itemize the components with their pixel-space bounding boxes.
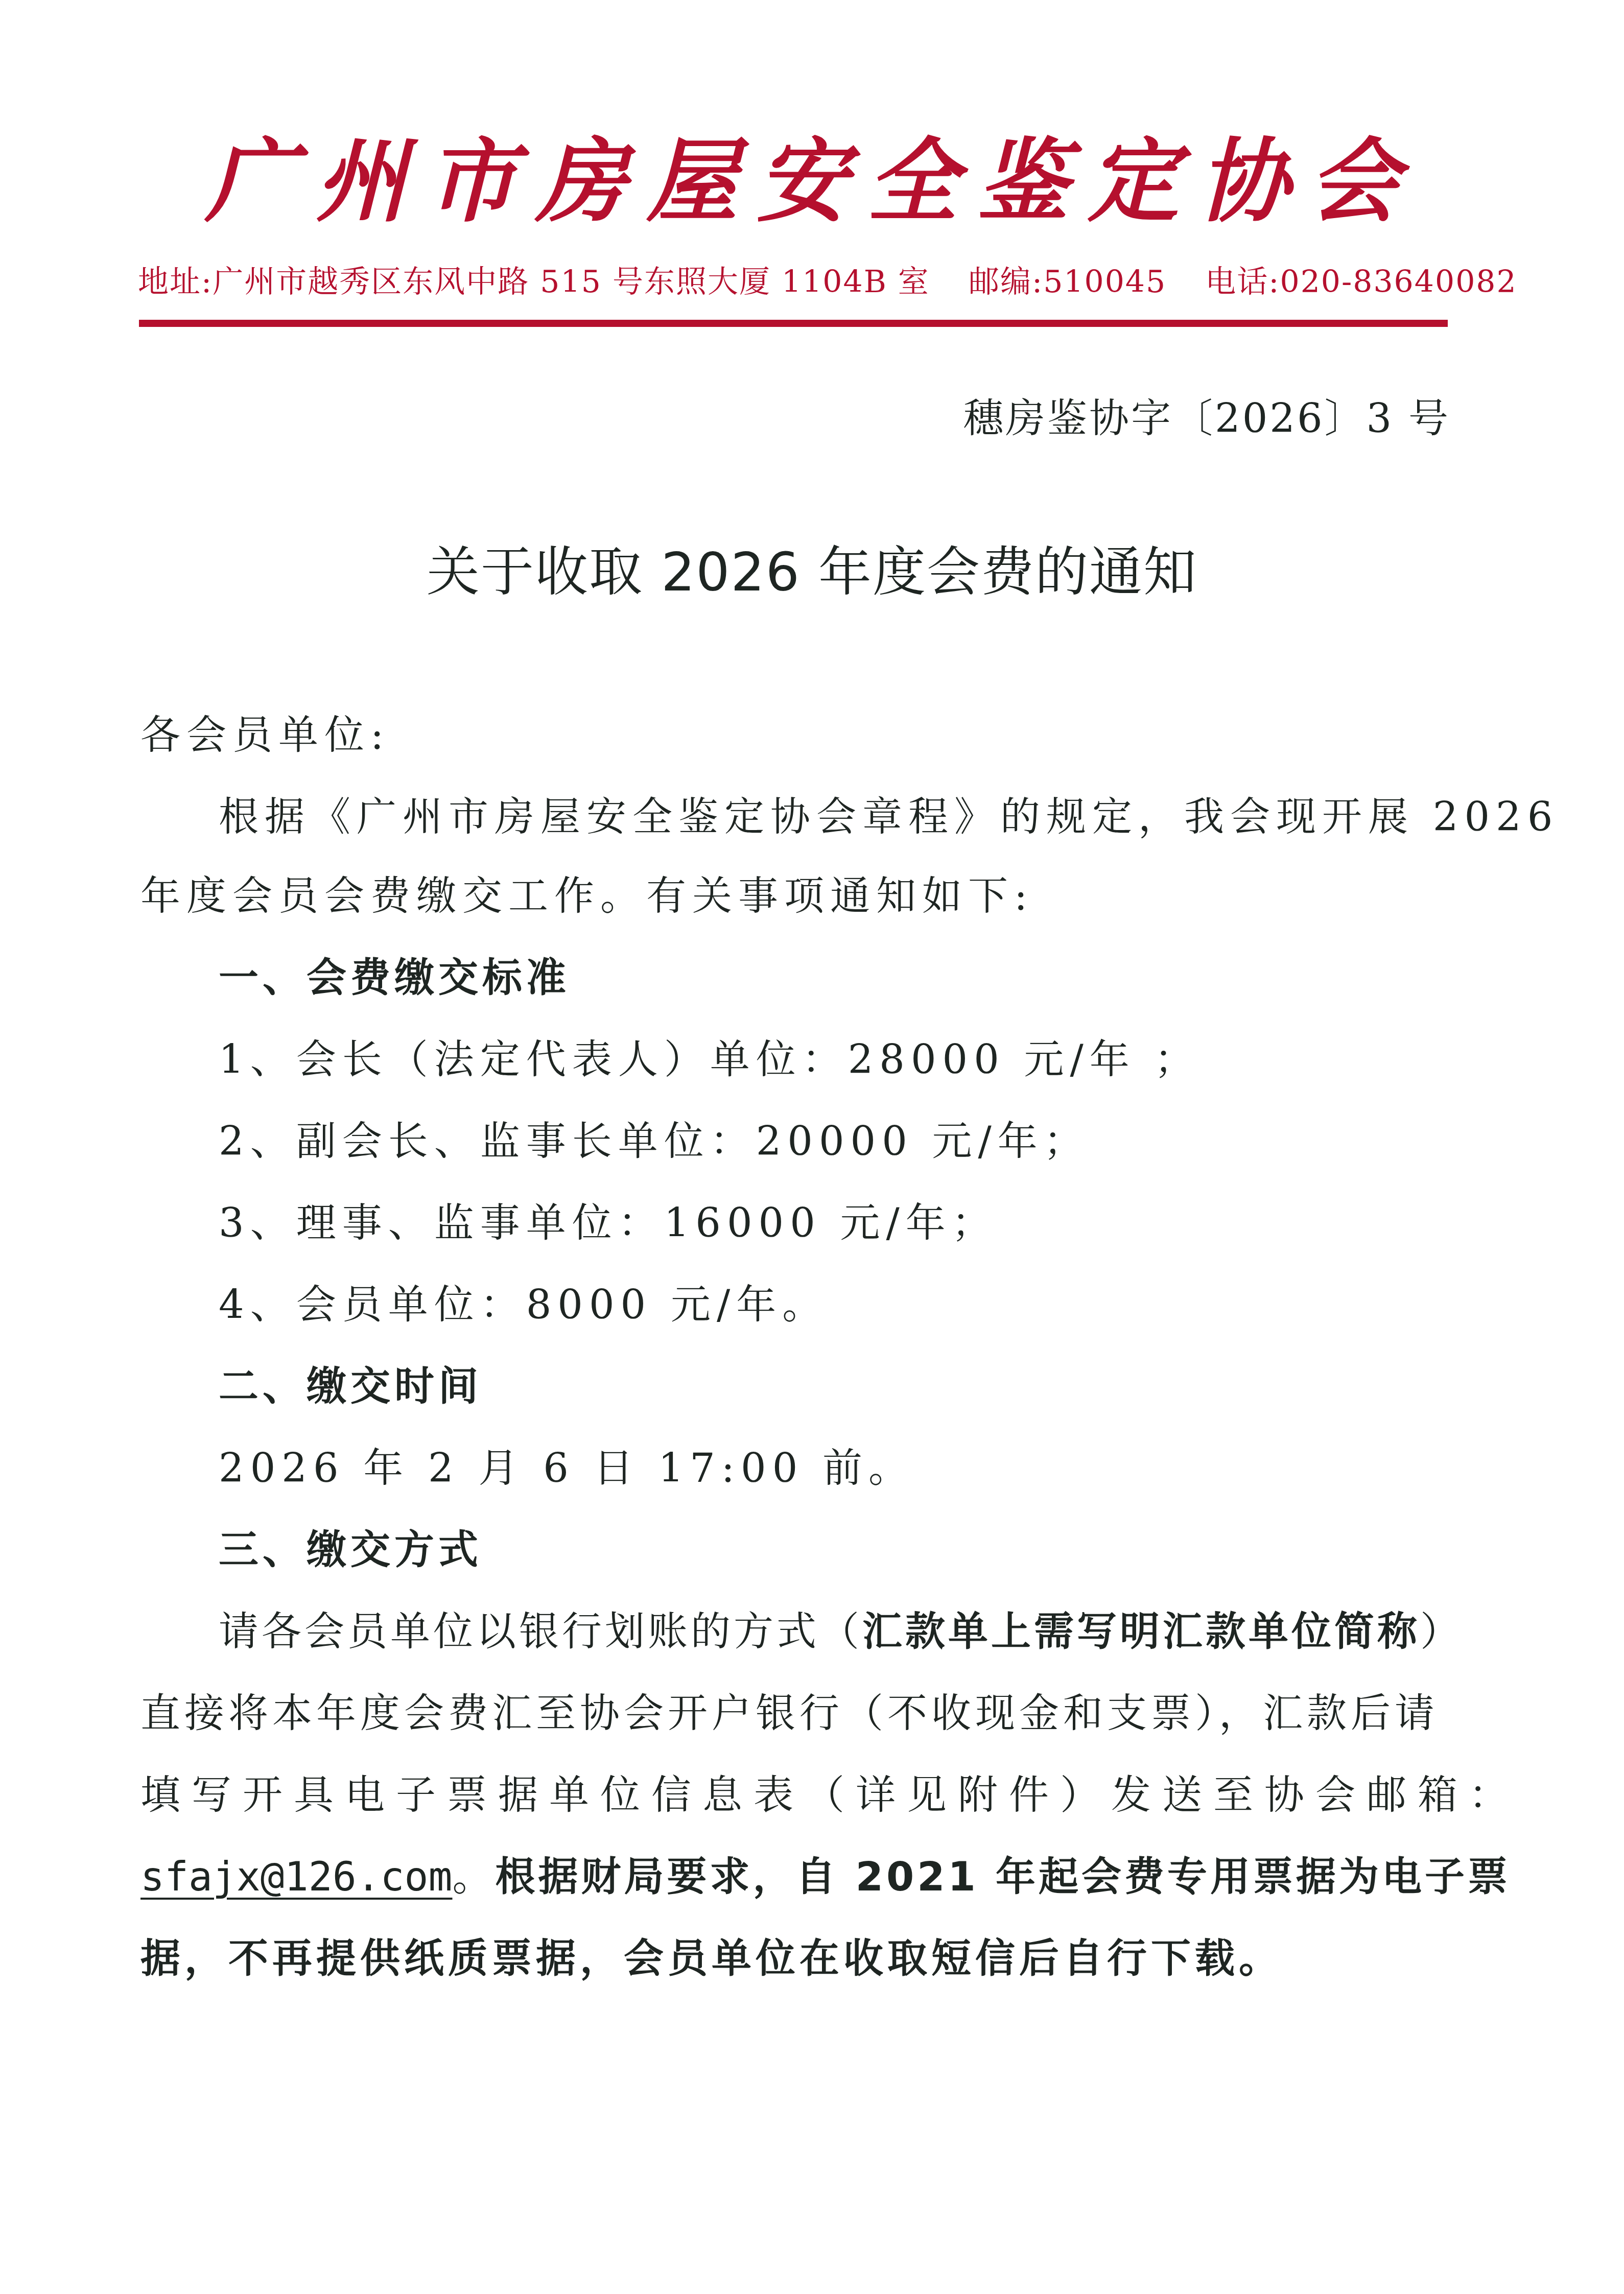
- payment-deadline: 2026 年 2 月 6 日 17:00 前。: [219, 1440, 914, 1497]
- address-label: 地址:: [138, 264, 213, 300]
- postcode-field: 邮编:510045: [969, 264, 1166, 300]
- phone-label: 电话:: [1205, 264, 1280, 300]
- intro-line-2: 年度会员会费缴交工作。有关事项通知如下:: [140, 868, 1033, 925]
- section-heading-payment-method: 三、缴交方式: [219, 1522, 482, 1578]
- fee-item-vice-president: 2、副会长、监事长单位：20000 元/年；: [219, 1114, 1090, 1170]
- address-value: 广州市越秀区东风中路 515 号东照大厦 1104B 室: [213, 264, 930, 300]
- letterhead-divider: [139, 320, 1448, 327]
- organization-title: 广州市房屋安全鉴定协会: [0, 128, 1624, 235]
- sentence-separator: 。: [452, 1854, 495, 1900]
- postcode-label: 邮编:: [969, 264, 1043, 300]
- payment-method-text: 请各会员单位以银行划账的方式（: [219, 1609, 862, 1655]
- remittance-note-emphasis: 汇款单上需写明汇款单位简称: [862, 1609, 1420, 1655]
- payment-method-line-2: 直接将本年度会费汇至协会开户银行（不收现金和支票），汇款后请: [140, 1686, 1439, 1742]
- postcode-value: 510045: [1043, 264, 1166, 300]
- address-field: 地址:广州市越秀区东风中路 515 号东照大厦 1104B 室: [138, 264, 930, 300]
- electronic-receipt-notice-cont: 据，不再提供纸质票据，会员单位在收取短信后自行下载。: [140, 1931, 1283, 1987]
- document-title: 关于收取 2026 年度会费的通知: [0, 539, 1624, 605]
- payment-method-line-1: 请各会员单位以银行划账的方式（汇款单上需写明汇款单位简称）: [219, 1604, 1463, 1660]
- payment-method-line-4: sfajx@126.com。根据财局要求，自 2021 年起会费专用票据为电子票: [140, 1849, 1511, 1905]
- closing-paren: ）: [1420, 1609, 1463, 1655]
- section-heading-payment-time: 二、缴交时间: [219, 1359, 482, 1415]
- fee-item-member: 4、会员单位：8000 元/年。: [219, 1277, 828, 1333]
- letterhead-contact-line: 地址:广州市越秀区东风中路 515 号东照大厦 1104B 室 邮编:51004…: [138, 262, 1517, 302]
- fee-item-president: 1、会长（法定代表人）单位：28000 元/年 ；: [219, 1032, 1201, 1088]
- document-number: 穗房鉴协字〔2026〕3 号: [963, 393, 1450, 444]
- email-link[interactable]: sfajx@126.com: [140, 1854, 452, 1900]
- fee-item-director: 3、理事、监事单位：16000 元/年；: [219, 1195, 998, 1251]
- phone-field: 电话:020-83640082: [1205, 264, 1517, 300]
- salutation: 各会员单位:: [140, 707, 390, 764]
- electronic-receipt-notice: 根据财局要求，自 2021 年起会费专用票据为电子票: [496, 1854, 1511, 1900]
- intro-line-1: 根据《广州市房屋安全鉴定协会章程》的规定，我会现开展 2026: [219, 789, 1559, 845]
- payment-method-line-3: 填写开具电子票据单位信息表（详见附件）发送至协会邮箱：: [140, 1767, 1520, 1824]
- phone-value: 020-83640082: [1280, 264, 1517, 300]
- section-heading-fee-standards: 一、会费缴交标准: [219, 950, 570, 1006]
